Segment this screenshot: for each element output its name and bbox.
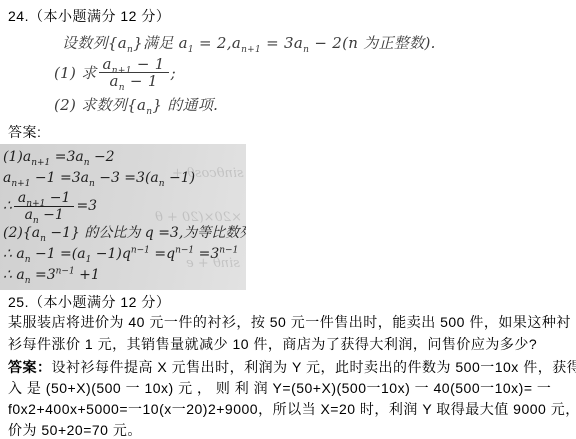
- subscript: n+1: [241, 45, 261, 55]
- scan-line-5: ∴ an −1 =(a1 −1)qn−1 =qn−1 =3n−1: [3, 244, 246, 265]
- math-text: −1: [39, 207, 64, 223]
- question-24-header: 24.（本小题满分 12 分）: [8, 6, 170, 26]
- question-24-statement: 设数列{an}满足 a1 = 2,an+1 = 3an − 2(n 为正整数).: [62, 32, 436, 53]
- math-text: −1 =3a: [30, 170, 89, 186]
- math-text: ∴ a: [3, 246, 25, 262]
- fraction: an+1 −1 an −1: [14, 190, 75, 223]
- math-text: (1)a: [3, 149, 31, 165]
- math-text: ∴ a: [3, 267, 25, 283]
- scan-line-3: ∴ an+1 −1 an −1 =3: [3, 189, 246, 223]
- math-text: (2){a: [3, 225, 40, 241]
- statement-text: 设数列{a: [62, 34, 127, 52]
- math-text: −1)q: [91, 246, 131, 262]
- scan-line-4: (2){an −1} 的公比为 q =3,为等比数列: [3, 223, 246, 244]
- statement-text: = 2,a: [194, 34, 241, 52]
- math-text: −3 =3(a: [95, 170, 159, 186]
- statement-text: }满足 a: [133, 34, 188, 52]
- math-text: −2: [90, 149, 115, 165]
- math-text: − 1: [132, 55, 165, 73]
- answer-24-scan-image: (1)an+1 =3an −2 an+1 −1 =3an −3 =3(an −1…: [0, 144, 246, 290]
- exam-document-page: { "q24": { "header": "24.（本小题满分 12 分）", …: [0, 0, 576, 439]
- subscript: n+1: [31, 158, 50, 168]
- math-text: −1 =(a: [31, 246, 86, 262]
- fraction-numerator: an+1 −1: [14, 190, 75, 206]
- question-25-body-line-1: 某服装店将进价为 40 元一件的衬衫，按 50 元一件售出时，能卖出 500 件…: [8, 311, 572, 333]
- statement-text: − 2(n 为正整数).: [309, 34, 435, 52]
- question-25-header: 25.（本小题满分 12 分）: [8, 292, 170, 312]
- answer-25-line-2: 入 是 (50+X)(500 一 10x) 元 ， 则 利 润 Y=(50+X)…: [8, 378, 574, 399]
- superscript: n−1: [56, 266, 75, 276]
- fraction-numerator: an+1 − 1: [99, 56, 169, 72]
- math-text: =3: [31, 267, 56, 283]
- math-text: +1: [75, 267, 100, 283]
- superscript: n−1: [219, 245, 238, 255]
- answer-25-line-4: 价为 50+20=70 元。: [8, 420, 574, 439]
- part1-suffix: ;: [171, 64, 176, 82]
- scan-line-6: ∴ an =3n−1 +1: [3, 265, 246, 286]
- math-text: a: [25, 207, 33, 223]
- math-text: − 1: [125, 72, 158, 90]
- answer-25-text: 设衬衫每件提高 X 元售出时，利润为 Y 元，此时卖出的件数为 500一10x …: [52, 359, 576, 375]
- question-24-part1: (1) 求 an+1 − 1 an − 1 ;: [54, 56, 176, 89]
- math-text: −1: [45, 190, 70, 206]
- part2-text: } 的通项.: [152, 96, 218, 114]
- answer-25-paragraph: 答案：设衬衫每件提高 X 元售出时，利润为 Y 元，此时卖出的件数为 500一1…: [8, 357, 574, 439]
- question-24-part2: (2) 求数列{an} 的通项.: [54, 94, 218, 115]
- part1-prefix: (1) 求: [54, 62, 97, 83]
- fraction: an+1 − 1 an − 1: [99, 56, 169, 89]
- math-text: =3: [76, 196, 97, 217]
- question-25-body-line-2: 衫每件涨价 1 元，其销售量就减少 10 件，商店为了获得大利润，问售价应为多少…: [8, 333, 572, 355]
- math-text: =q: [150, 246, 175, 262]
- therefore-symbol: ∴: [3, 196, 12, 217]
- math-text: −1): [165, 170, 196, 186]
- math-text: =3a: [50, 149, 83, 165]
- superscript: n−1: [175, 245, 194, 255]
- math-text: −1} 的公比为 q =3,为等比数列: [46, 225, 246, 241]
- answer-24-label: 答案:: [8, 122, 41, 142]
- answer-25-line-3: f0x2+400x+5000=一10(x一20)2+9000，所以当 X=20 …: [8, 399, 574, 420]
- fraction-denominator: an − 1: [99, 72, 169, 89]
- superscript: n−1: [131, 245, 150, 255]
- math-text: a: [109, 72, 118, 90]
- fraction-denominator: an −1: [14, 206, 75, 223]
- scan-line-2: an+1 −1 =3an −3 =3(an −1): [3, 168, 246, 189]
- math-text: =3: [194, 246, 219, 262]
- statement-text: = 3a: [261, 34, 303, 52]
- answer-25-line-1: 答案：设衬衫每件提高 X 元售出时，利润为 Y 元，此时卖出的件数为 500一1…: [8, 357, 574, 378]
- subscript: n+1: [11, 179, 30, 189]
- answer-25-label: 答案：: [8, 359, 52, 375]
- scan-line-1: (1)an+1 =3an −2: [3, 147, 246, 168]
- part2-text: (2) 求数列{a: [54, 96, 146, 114]
- math-text: a: [103, 55, 112, 73]
